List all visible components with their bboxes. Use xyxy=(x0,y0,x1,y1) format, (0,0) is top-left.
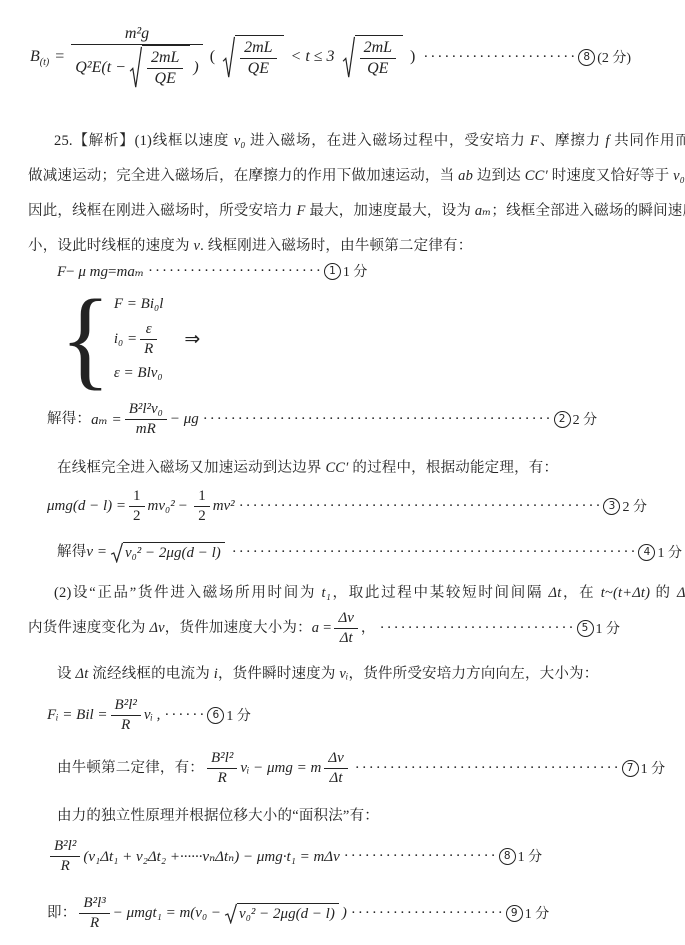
math-expr: μmg(d − l) = xyxy=(47,498,126,515)
fraction-denominator: 2 xyxy=(129,507,145,526)
equation-2: 解得： aₘ = B²l²v₀ mR − μg ················… xyxy=(47,396,597,442)
math-expr: vᵢ − μmg = m xyxy=(240,760,321,777)
text-segment: 在线框完全进入磁场又加速运动到达边界 xyxy=(57,460,325,476)
fraction-numerator: 2mL xyxy=(240,38,276,58)
circled-number: 5 xyxy=(577,620,594,637)
text-segment: Δt xyxy=(548,585,561,601)
square-root: 2mL QE xyxy=(222,35,283,80)
math-expr: Q²E(t − xyxy=(75,58,126,78)
fraction-denominator: R xyxy=(117,716,134,735)
math-expr: ) xyxy=(193,58,198,78)
score-label: 1 分 xyxy=(343,261,368,281)
circled-number: 8 xyxy=(499,848,516,865)
text-segment: F xyxy=(296,203,305,219)
radicand: 2mL QE xyxy=(235,35,283,80)
text-segment: t₁ xyxy=(322,585,331,601)
dot-leader: ········································… xyxy=(239,498,603,515)
radicand: v₀² − 2μg(d − l) xyxy=(237,903,339,924)
circled-number: 9 xyxy=(506,905,523,922)
text-line: 在线框完全进入磁场又加速运动到达边界 CC′ 的过程中，根据动能定理，有： xyxy=(57,451,558,485)
fraction: B²l³ R xyxy=(79,894,109,933)
fraction-numerator: Δv xyxy=(334,609,357,628)
fraction-numerator: ε xyxy=(142,320,156,339)
left-brace: { xyxy=(60,284,111,393)
solution-document-page: B(t) = m²g Q²E(t − 2mL QE ) xyxy=(0,0,685,945)
text-segment: 25.【解析】(1)线框以速度 xyxy=(54,133,234,149)
text-segment: 进入磁场，在进入磁场过程中，受安培力 xyxy=(246,133,530,149)
dot-leader: ······································ xyxy=(355,760,621,777)
math-var-B: B xyxy=(30,48,40,66)
fraction: 1 2 xyxy=(194,487,210,526)
math-expr: − μmgt₁ = m(v₀ − xyxy=(113,905,221,922)
text-segment: Δv xyxy=(149,620,164,636)
equation-B-of-t: B(t) = m²g Q²E(t − 2mL QE ) xyxy=(30,14,631,100)
square-root: v₀² − 2μg(d − l) xyxy=(224,903,339,924)
fraction: B²l²v₀ mR xyxy=(125,400,167,439)
fraction: Δv Δt xyxy=(324,749,347,788)
fraction-denominator: 2 xyxy=(194,507,210,526)
close-paren: ) xyxy=(342,905,347,922)
dot-leader: ······················ xyxy=(423,49,577,66)
math-expr: aₘ = xyxy=(91,410,122,429)
fraction-denominator: Q²E(t − 2mL QE ) xyxy=(71,45,202,90)
text-segment: aₘ xyxy=(475,203,492,219)
fraction-numerator: Δv xyxy=(324,749,347,768)
text-segment: ，货件加速度大小为： xyxy=(165,620,312,636)
fraction: B²l² R xyxy=(111,696,141,735)
text-segment: 时速度又恰好等于 xyxy=(548,168,673,184)
math-expr: Fᵢ = Bil = xyxy=(47,707,108,724)
text-segment: 流经线框的电流为 xyxy=(88,666,213,682)
square-root: v₀² − 2μg(d − l) xyxy=(110,542,225,563)
label-jiede: 解得 xyxy=(57,535,86,569)
radical-sign xyxy=(224,903,237,924)
score-label: 1 分 xyxy=(596,618,621,638)
fraction-numerator: B²l²v₀ xyxy=(125,400,167,419)
text-segment: 小，设此时线框的速度为 xyxy=(28,238,194,254)
math-expr: mv² xyxy=(213,498,235,515)
text-segment: 的 xyxy=(650,585,677,601)
text-segment: ；线框全部进入磁场的瞬间速度最 xyxy=(491,203,685,219)
text-segment: vᵢ xyxy=(339,666,348,682)
fraction-denominator: mR xyxy=(132,420,160,439)
square-root: 2mL QE xyxy=(129,45,190,90)
text-segment: 边到达 xyxy=(473,168,525,184)
text-segment: ，取此过程中某较短时间间隔 xyxy=(331,585,549,601)
fraction-denominator: QE xyxy=(363,59,392,79)
text-segment: 做减速运动；完全进入磁场后，在摩擦力的作用下做加速运动，当 xyxy=(28,168,458,184)
text-segment: ，货件瞬时速度为 xyxy=(218,666,339,682)
radicand: 2mL QE xyxy=(355,35,403,80)
paragraph-line: (2)设“正品”货件进入磁场所用时间为 t₁，取此过程中某较短时间间隔 Δt，在… xyxy=(28,576,685,610)
text-segment: Δt xyxy=(76,666,89,682)
text-segment: 的过程中，根据动能定理，有： xyxy=(349,460,559,476)
circled-number: 3 xyxy=(603,498,620,515)
text-segment: CC′ xyxy=(325,460,348,476)
text-segment: 内货件速度变化为 xyxy=(28,620,149,636)
comma: ， xyxy=(361,611,376,645)
paragraph-line: 做减速运动；完全进入磁场后，在摩擦力的作用下做加速运动，当 ab 边到达 CC′… xyxy=(28,159,664,193)
equation-7: 由牛顿第二定律，有： B²l² R vᵢ − μmg = m Δv Δt ···… xyxy=(57,744,665,792)
fraction-numerator: B²l² xyxy=(50,837,80,856)
equation-5: 内货件速度变化为 Δv，货件加速度大小为：a = Δv Δt ， ·······… xyxy=(28,606,620,650)
fraction: 2mL QE xyxy=(240,38,276,79)
score-label: 1 分 xyxy=(518,846,543,866)
equals-sign: = xyxy=(55,48,64,66)
fraction-denominator: Δt xyxy=(326,769,347,788)
fraction-denominator: R xyxy=(86,914,103,933)
circled-number: 6 xyxy=(207,707,224,724)
circled-number: 8 xyxy=(578,49,595,66)
score-label: 2 分 xyxy=(573,409,598,429)
dot-leader: ···························· xyxy=(380,620,576,637)
text-segment: . 线框刚进入磁场时，由牛顿第二定律有： xyxy=(200,238,472,254)
system-eq-i0: i₀ = ε R ⇒ xyxy=(114,320,200,359)
equation-4: 解得 v = v₀² − 2μg(d − l) ················… xyxy=(57,536,682,568)
score-label: 1 分 xyxy=(641,758,666,778)
text-segment: v₀ xyxy=(673,168,685,184)
fraction-denominator: R xyxy=(140,340,157,359)
text-segment: 最大，加速度最大，设为 xyxy=(306,203,475,219)
circled-number: 7 xyxy=(622,760,639,777)
fraction-numerator: 2mL xyxy=(147,48,183,68)
radical-sign xyxy=(222,35,235,80)
system-eq-F: F = Bi₀l xyxy=(114,296,200,313)
minus-sign: − xyxy=(179,498,187,515)
square-root: 2mL QE xyxy=(342,35,403,80)
math-expr: − μg xyxy=(170,411,199,428)
fraction-denominator: R xyxy=(57,857,74,876)
dot-leader: ········································… xyxy=(203,411,553,428)
score-label: 2 分 xyxy=(622,496,647,516)
implies-arrow: ⇒ xyxy=(184,328,200,350)
radicand: v₀² − 2μg(d − l) xyxy=(123,542,225,563)
text-segment: 共同作用而 xyxy=(610,133,685,149)
dot-leader: ························· xyxy=(148,263,323,280)
system-eq-emf: ε = Blv₀ xyxy=(114,365,200,382)
fraction: B²l² R xyxy=(50,837,80,876)
fraction-numerator: B²l² xyxy=(111,696,141,715)
open-paren: ( xyxy=(210,48,215,66)
fraction: ε R xyxy=(140,320,157,359)
text-segment: 设 xyxy=(57,666,76,682)
score-label: 1 分 xyxy=(525,903,550,923)
score-label: 1 分 xyxy=(657,542,682,562)
dot-leader: ······················ xyxy=(351,905,505,922)
equation-3: μmg(d − l) = 1 2 mv₀² − 1 2 mv² ········… xyxy=(47,485,647,527)
math-expr: v = xyxy=(86,544,107,561)
text-segment: v₀ xyxy=(234,133,246,149)
math-expr: vᵢ , xyxy=(144,707,161,724)
fraction: Δv Δt xyxy=(334,609,357,648)
text-segment: = xyxy=(319,620,331,636)
label-newton: 由牛顿第二定律，有： xyxy=(57,751,204,785)
paragraph-line: 因此，线框在刚进入磁场时，所受安培力 F 最大，加速度最大，设为 aₘ；线框全部… xyxy=(28,194,664,228)
fraction-numerator: m²g xyxy=(121,24,153,44)
circled-number: 2 xyxy=(554,411,571,428)
text-segment: ，在 xyxy=(561,585,600,601)
text-segment: CC′ xyxy=(525,168,548,184)
fraction: 2mL QE xyxy=(147,48,183,89)
fraction-numerator: 1 xyxy=(129,487,145,506)
fraction: 2mL QE xyxy=(360,38,396,79)
fraction-numerator: 1 xyxy=(194,487,210,506)
fraction-numerator: 2mL xyxy=(360,38,396,58)
paragraph-line: 25.【解析】(1)线框以速度 v₀ 进入磁场，在进入磁场过程中，受安培力 F、… xyxy=(28,124,685,158)
fraction: 1 2 xyxy=(129,487,145,526)
text-segment: ，货件所受安培力方向向左，大小为： xyxy=(349,666,599,682)
text-line: 由力的独立性原理并根据位移大小的“面积法”有： xyxy=(57,799,379,833)
fraction: m²g Q²E(t − 2mL QE ) xyxy=(71,24,202,90)
text-segment: 由力的独立性原理并根据位移大小的“面积法”有： xyxy=(57,808,379,824)
subscript-t: (t) xyxy=(40,57,49,68)
score-label: (2 分) xyxy=(597,47,631,67)
close-paren: ) xyxy=(410,48,415,66)
radical-sign xyxy=(129,45,142,90)
fraction-denominator: QE xyxy=(151,69,180,89)
text-segment: 、摩擦力 xyxy=(539,133,605,149)
radical-sign xyxy=(110,542,123,563)
system-rows: F = Bi₀l i₀ = ε R ⇒ ε = Blv₀ xyxy=(114,296,200,383)
equation-8: B²l² R (v₁Δt₁ + v₂Δt₂ +······vₙΔtₙ) − μm… xyxy=(47,832,542,880)
text-segment: F xyxy=(530,133,539,149)
text-segment: ab xyxy=(458,168,473,184)
dot-leader: ········································… xyxy=(232,544,638,561)
dot-leader: ······ xyxy=(164,707,206,724)
radical-sign xyxy=(342,35,355,80)
text-segment: Δt xyxy=(677,585,685,601)
label-ji: 即： xyxy=(47,896,76,930)
circled-number: 1 xyxy=(324,263,341,280)
text-line: 设 Δt 流经线框的电流为 i，货件瞬时速度为 vᵢ，货件所受安培力方向向左，大… xyxy=(57,657,598,691)
text-segment: t~(t+Δt) xyxy=(601,585,650,601)
equation-9: 即： B²l³ R − μmgt₁ = m(v₀ − v₀² − 2μg(d −… xyxy=(47,888,549,938)
text-segment: (2)设“正品”货件进入磁场所用时间为 xyxy=(54,585,322,601)
text-run: 内货件速度变化为 Δv，货件加速度大小为：a = xyxy=(28,611,331,645)
radicand: 2mL QE xyxy=(142,45,190,90)
math-expr: (v₁Δt₁ + v₂Δt₂ +······vₙΔtₙ) − μmg·t₁ = … xyxy=(83,847,339,866)
equation-6: Fᵢ = Bil = B²l² R vᵢ , ······ 6 1 分 xyxy=(47,692,251,738)
text-segment: 因此，线框在刚进入磁场时，所受安培力 xyxy=(28,203,296,219)
math-expr: i₀ = xyxy=(114,331,137,348)
circled-number: 4 xyxy=(638,544,655,561)
fraction-numerator: B²l³ xyxy=(79,894,109,913)
dot-leader: ······················ xyxy=(344,848,498,865)
inequality: < t ≤ 3 xyxy=(291,48,335,66)
fraction-denominator: Δt xyxy=(336,629,357,648)
label-jiede: 解得： xyxy=(47,402,91,436)
score-label: 1 分 xyxy=(226,705,251,725)
fraction-denominator: R xyxy=(214,769,231,788)
equation-system: { F = Bi₀l i₀ = ε R ⇒ ε = Blv₀ xyxy=(60,286,200,392)
fraction-numerator: B²l² xyxy=(207,749,237,768)
math-expr: mv₀² xyxy=(148,498,175,515)
fraction-denominator: QE xyxy=(244,59,273,79)
text-segment: maₘ xyxy=(116,264,144,280)
fraction: B²l² R xyxy=(207,749,237,788)
